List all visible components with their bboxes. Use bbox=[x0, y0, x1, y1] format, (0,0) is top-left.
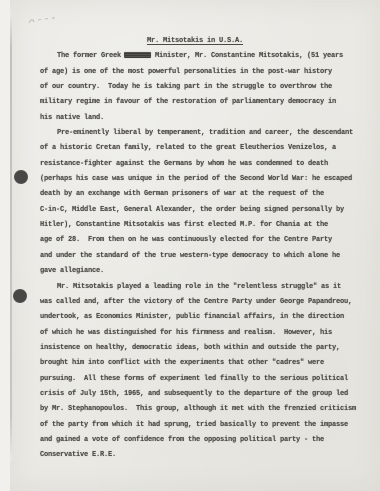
line-text-before-redaction: The former Greek bbox=[57, 52, 121, 60]
page-edge-line bbox=[10, 12, 12, 461]
document-line: C-in-C, Middle East, General Alexander, … bbox=[40, 203, 350, 218]
document-line: of the party from which it had sprung, t… bbox=[40, 418, 350, 433]
paragraph-3: Mr. Mitsotakis played a leading role in … bbox=[40, 280, 350, 464]
typed-document: Mr. Mitsotakis in U.S.A. The former Gree… bbox=[40, 34, 350, 464]
document-line: undertook, as Economics Minister, public… bbox=[40, 310, 350, 325]
document-line: resistance-fighter against the Germans b… bbox=[40, 157, 350, 172]
document-line: of age) is one of the most powerful pers… bbox=[40, 65, 350, 80]
redacted-word-block bbox=[124, 52, 151, 58]
document-line: Conservative E.R.E. bbox=[40, 448, 350, 463]
document-line: Mr. Mitsotakis played a leading role in … bbox=[40, 280, 350, 295]
pencil-scribble-annotation bbox=[26, 13, 62, 27]
document-line: was called and, after the victory of the… bbox=[40, 295, 350, 310]
paragraph-1: The former GreekMinister, Mr. Constantin… bbox=[40, 49, 350, 126]
line-text-after-redaction: Minister, Mr. Constantine Mitsotakis, (5… bbox=[155, 52, 343, 60]
document-line: brought him into conflict with the exper… bbox=[40, 356, 350, 371]
document-line: of which he was distinguished for his fi… bbox=[40, 326, 350, 341]
document-line: insistence on healthy, democratic ideas,… bbox=[40, 341, 350, 356]
document-line: of our country. Today he is taking part … bbox=[40, 80, 350, 95]
document-line: age of 28. From then on he was continuou… bbox=[40, 233, 350, 248]
document-line: Hitler), Constantine Mitsotakis was firs… bbox=[40, 218, 350, 233]
document-line: and gained a vote of confidence from the… bbox=[40, 433, 350, 448]
document-line: gave allegiance. bbox=[40, 264, 350, 279]
document-line: Pre-eminently liberal by temperament, tr… bbox=[40, 126, 350, 141]
paragraph-1-lines: of age) is one of the most powerful pers… bbox=[40, 65, 350, 126]
paragraph-2: Pre-eminently liberal by temperament, tr… bbox=[40, 126, 350, 279]
paper-sheet: Mr. Mitsotakis in U.S.A. The former Gree… bbox=[10, 0, 380, 491]
document-line: and under the standard of the true weste… bbox=[40, 249, 350, 264]
document-line: crisis of July 15th, 1965, and subsequen… bbox=[40, 387, 350, 402]
document-line: death by an exchange with German prisone… bbox=[40, 187, 350, 202]
document-line: pursuing. All these forms of experiment … bbox=[40, 372, 350, 387]
document-line: of a historic Cretan family, related to … bbox=[40, 141, 350, 156]
document-line-with-redaction: The former GreekMinister, Mr. Constantin… bbox=[40, 49, 350, 64]
document-line: his native land. bbox=[40, 111, 350, 126]
scanned-page: Mr. Mitsotakis in U.S.A. The former Gree… bbox=[0, 0, 380, 491]
document-line: by Mr. Stephanopoulos. This group, altho… bbox=[40, 402, 350, 417]
document-line: military regime in favour of the restora… bbox=[40, 95, 350, 110]
document-title: Mr. Mitsotakis in U.S.A. bbox=[40, 34, 350, 49]
hole-punch-bottom bbox=[13, 289, 27, 303]
document-line: (perhaps his case was unique in the peri… bbox=[40, 172, 350, 187]
hole-punch-top bbox=[14, 170, 28, 184]
